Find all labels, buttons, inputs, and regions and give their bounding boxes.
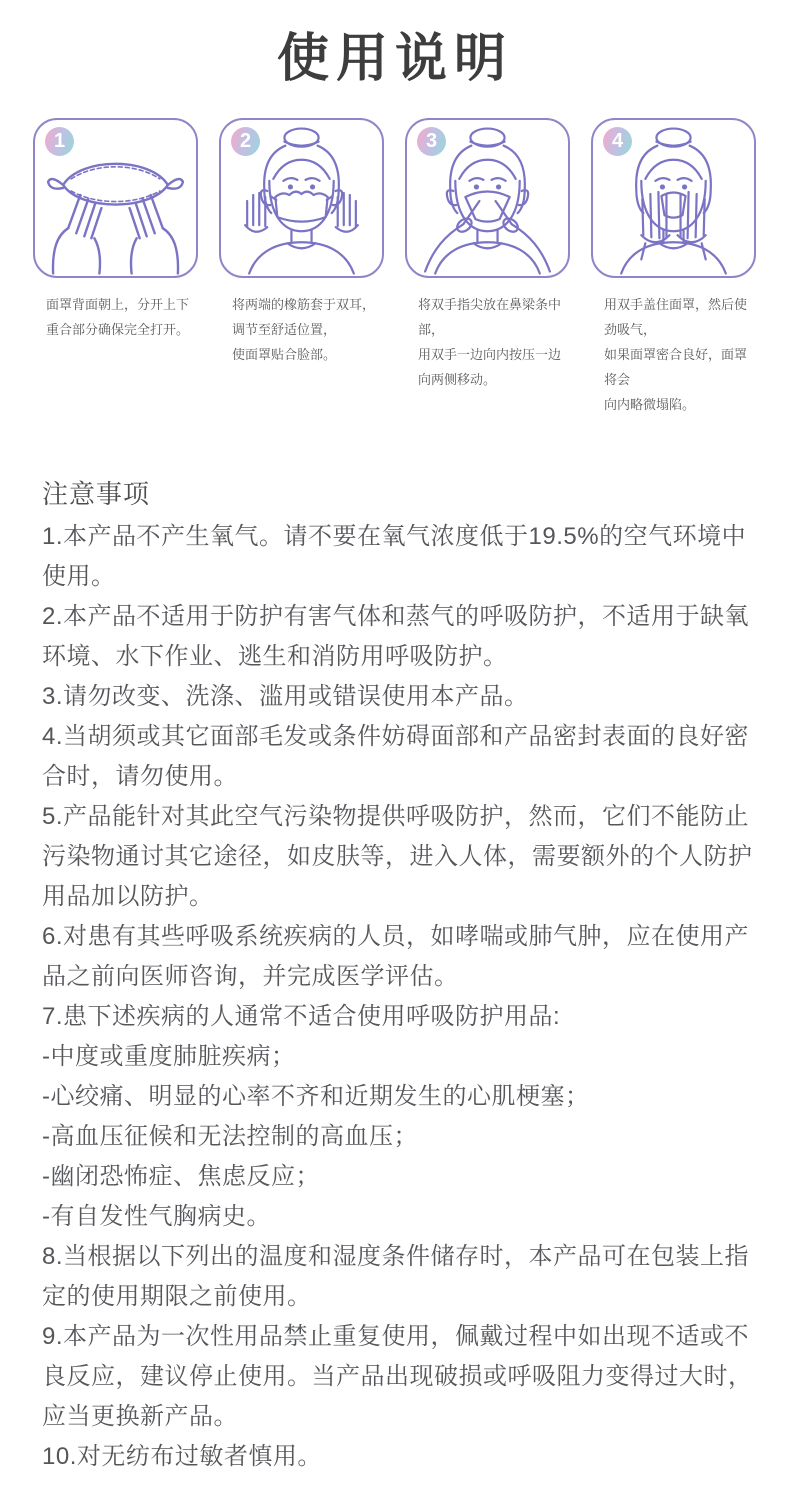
caption-line: 用双手一边向内按压一边	[418, 342, 568, 367]
precaution-item-3: 3.请勿改变、洗涤、滥用或错误使用本产品。	[42, 677, 754, 717]
step-3-panel: 3	[405, 118, 570, 278]
step-3-number-badge: 3	[417, 127, 446, 156]
caption-line: 重合部分确保完全打开。	[46, 317, 196, 342]
step-2: 2	[219, 118, 384, 417]
precaution-subitem-lung: -中度或重度肺脏疾病；	[42, 1037, 754, 1077]
step-3: 3	[405, 118, 570, 417]
precautions-section: 注意事项 1.本产品不产生氧气。请不要在氧气浓度低于19.5%的空气环境中使用。…	[42, 474, 754, 1477]
step-1-number-badge: 1	[45, 127, 74, 156]
precaution-item-1: 1.本产品不产生氧气。请不要在氧气浓度低于19.5%的空气环境中使用。	[42, 517, 754, 597]
caption-line: 将两端的橡筋套于双耳，	[232, 292, 382, 317]
caption-line: 面罩背面朝上，分开上下	[46, 292, 196, 317]
instruction-leaflet: 使用说明 1	[0, 0, 790, 1512]
step-4-panel: 4	[591, 118, 756, 278]
precaution-item-6: 6.对患有其些呼吸系统疾病的人员，如哮喘或肺气肿，应在使用产品之前向医师咨询，并…	[42, 917, 754, 997]
step-1-panel: 1	[33, 118, 198, 278]
step-1-caption: 面罩背面朝上，分开上下 重合部分确保完全打开。	[33, 292, 198, 342]
step-2-panel: 2	[219, 118, 384, 278]
caption-line: 向两侧移动。	[418, 367, 568, 392]
caption-line: 用双手盖住面罩，然后使劲吸气，	[604, 292, 754, 342]
precaution-subitem-claustrophobia: -幽闭恐怖症、焦虑反应；	[42, 1157, 754, 1197]
caption-line: 使面罩贴合脸部。	[232, 342, 382, 367]
steps-row: 1	[33, 118, 756, 417]
precaution-item-9: 9.本产品为一次性用品禁止重复使用，佩戴过程中如出现不适或不良反应，建议停止使用…	[42, 1317, 754, 1437]
precaution-subitem-bloodpressure: -高血压征候和无法控制的高血压；	[42, 1117, 754, 1157]
precaution-item-2: 2.本产品不适用于防护有害气体和蒸气的呼吸防护，不适用于缺氧环境、水下作业、逃生…	[42, 597, 754, 677]
step-2-number-badge: 2	[231, 127, 260, 156]
precautions-heading: 注意事项	[42, 474, 754, 511]
step-4-number-badge: 4	[603, 127, 632, 156]
precaution-item-8: 8.当根据以下列出的温度和湿度条件储存时，本产品可在包装上指定的使用期限之前使用…	[42, 1237, 754, 1317]
step-3-caption: 将双手指尖放在鼻梁条中部， 用双手一边向内按压一边 向两侧移动。	[405, 292, 570, 392]
step-1: 1	[33, 118, 198, 417]
precaution-subitem-heart: -心绞痛、明显的心率不齐和近期发生的心肌梗塞；	[42, 1077, 754, 1117]
caption-line: 向内略微塌陷。	[604, 392, 754, 417]
precaution-item-7: 7.患下述疾病的人通常不适合使用呼吸防护用品:	[42, 997, 754, 1037]
caption-line: 调节至舒适位置，	[232, 317, 382, 342]
page-title: 使用说明	[0, 0, 790, 91]
caption-line: 将双手指尖放在鼻梁条中部，	[418, 292, 568, 342]
precaution-item-4: 4.当胡须或其它面部毛发或条件妨碍面部和产品密封表面的良好密合时，请勿使用。	[42, 717, 754, 797]
step-2-caption: 将两端的橡筋套于双耳， 调节至舒适位置， 使面罩贴合脸部。	[219, 292, 384, 367]
precaution-item-10: 10.对无纺布过敏者慎用。	[42, 1437, 754, 1477]
step-4-caption: 用双手盖住面罩，然后使劲吸气， 如果面罩密合良好，面罩将会 向内略微塌陷。	[591, 292, 756, 417]
caption-line: 如果面罩密合良好，面罩将会	[604, 342, 754, 392]
precaution-item-5: 5.产品能针对其此空气污染物提供呼吸防护，然而，它们不能防止污染物通讨其它途径，…	[42, 797, 754, 917]
step-4: 4	[591, 118, 756, 417]
precaution-subitem-pneumothorax: -有自发性气胸病史。	[42, 1197, 754, 1237]
